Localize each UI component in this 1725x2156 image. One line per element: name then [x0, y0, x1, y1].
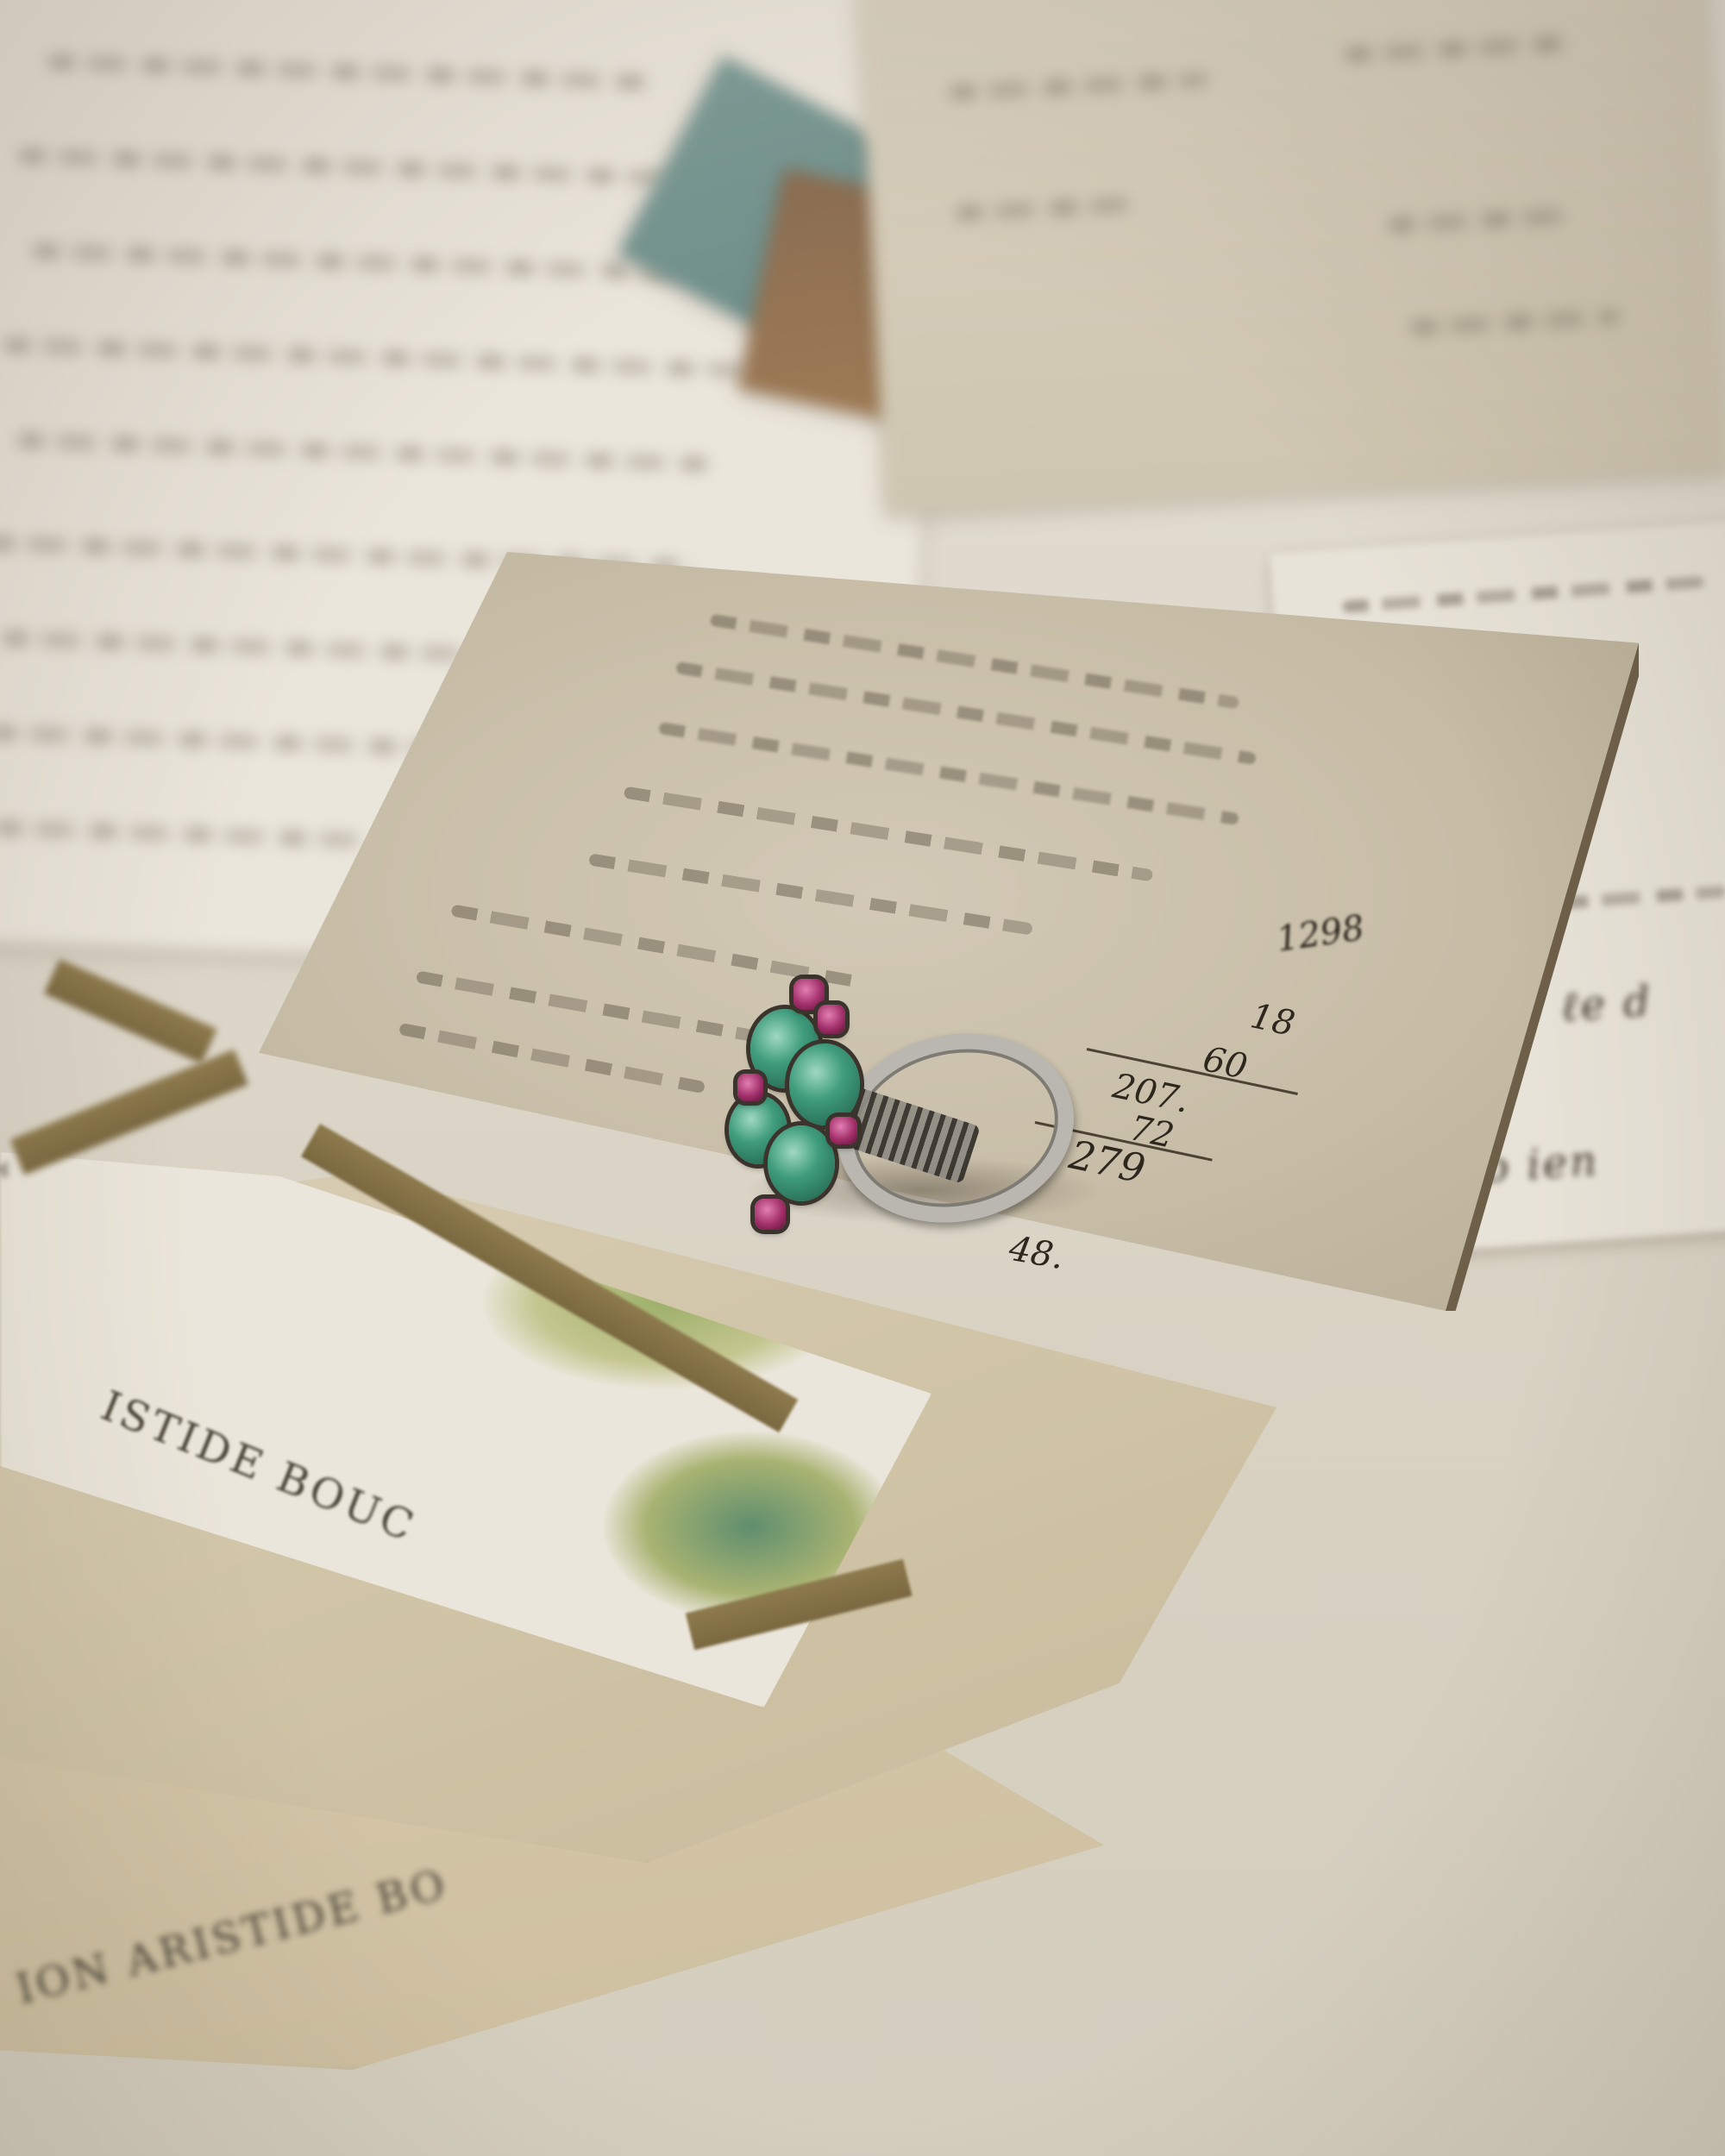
background-ledger — [858, 0, 1725, 513]
ruby-gem — [737, 1074, 763, 1101]
gold-band — [44, 959, 217, 1064]
gold-band — [10, 1050, 248, 1175]
ledger-page-number: 48. — [1006, 1229, 1067, 1277]
emerald-gem — [768, 1125, 835, 1201]
ruby-gem — [793, 979, 825, 1010]
trade-card-bottom-text: ION ARISTIDE BO — [11, 1860, 453, 2015]
ruby-gem — [830, 1117, 857, 1144]
ruby-gem — [818, 1005, 845, 1034]
emerald-gem — [789, 1044, 860, 1125]
photo-scene: ℓe d oudio ien ION ARISTIDE BO ISTIDE BO… — [0, 0, 1725, 2156]
antique-ring — [707, 975, 1069, 1233]
right-letter-line: ℓe d — [1559, 977, 1654, 1031]
ruby-gem — [755, 1199, 786, 1230]
